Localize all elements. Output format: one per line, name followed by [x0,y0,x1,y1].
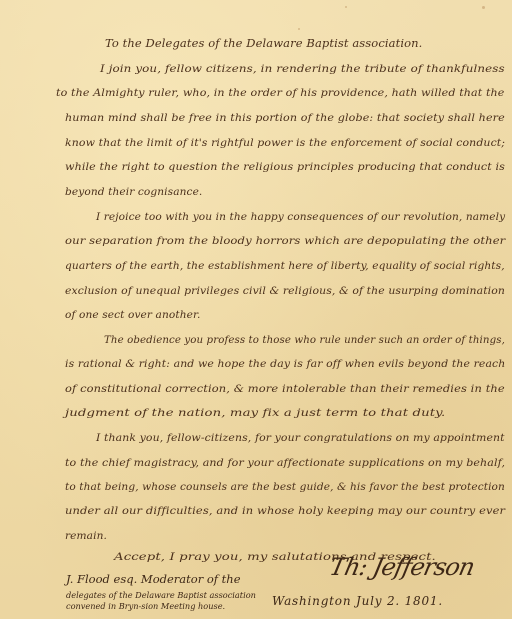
letter-line: know that the limit of it's rightful pow… [65,138,505,149]
letter-line: I join you, fellow citizens, in renderin… [100,64,505,75]
salutation: To the Delegates of the Delaware Baptist… [105,38,422,50]
letter-line: remain. [65,531,107,542]
letter-line: I thank you, fellow-citizens, for your c… [96,433,505,444]
letter-line: exclusion of unequal privileges civil & … [65,286,505,297]
place-and-date: Washington July 2. 1801. [272,594,443,608]
letter-line: to that being, whose counsels are the be… [65,482,505,493]
letter-line: of constitutional correction, & more int… [65,384,505,395]
letter-line: of one sect over another. [65,310,200,321]
letter-line: is rational & right: and we hope the day… [65,359,505,370]
letter-line: under all our difficulties, and in whose… [65,506,505,517]
letter-line: human mind shall be free in this portion… [65,113,505,124]
signature: Th: Jefferson [327,553,477,581]
letter-line: our separation from the bloody horrors w… [65,236,505,247]
letter-line: The obedience you profess to those who r… [104,335,505,346]
letter-line: quarters of the earth, the establishment… [65,261,505,272]
letter-line: I rejoice too with you in the happy cons… [96,212,505,223]
paper-stain [345,6,347,8]
letter-line: while the right to question the religiou… [65,162,505,173]
paper-stain [482,6,485,9]
paper-stain [298,28,300,30]
letter-line: beyond their cognisance. [65,187,202,198]
letter-page: To the Delegates of the Delaware Baptist… [0,0,512,619]
letter-line: to the chief magistracy, and for your af… [65,458,505,469]
addressee-line-3: convened in Bryn-sion Meeting house. [66,601,225,611]
letter-line: judgment of the nation, may fix a just t… [65,408,445,419]
addressee-line-2: delegates of the Delaware Baptist associ… [66,590,256,600]
letter-line: to the Almighty ruler, who, in the order… [56,88,504,99]
addressee-line-1: J. Flood esq. Moderator of the [66,572,241,586]
